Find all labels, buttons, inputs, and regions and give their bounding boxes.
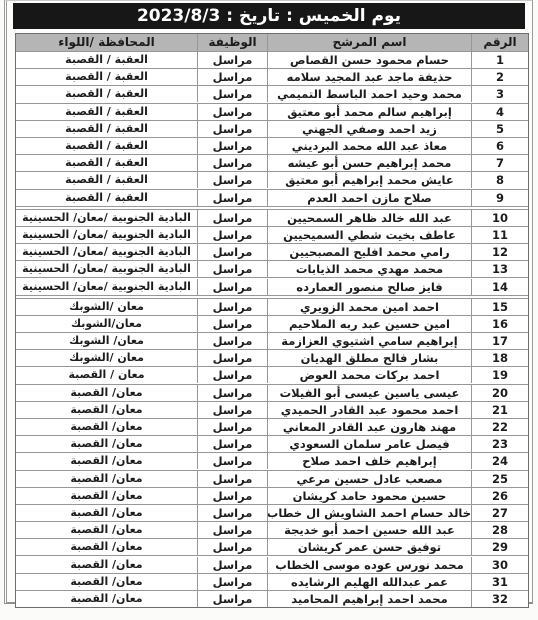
table-row: 10 عبد الله خالد ظاهر السمحيين مراسل الب… xyxy=(16,209,528,226)
table-row: 14 فايز صالح منصور العمارده مراسل البادي… xyxy=(16,277,528,295)
table-body: 1 حسام محمود حسن القصاص مراسل العقبة / ا… xyxy=(16,51,528,607)
cell-number: 22 xyxy=(471,419,528,435)
cell-candidate-name: محمد نورس عوده موسى الخطاب xyxy=(267,557,471,573)
table-row: 27 خالد حسام احمد الشاويش ال خطاب مراسل … xyxy=(16,504,528,521)
cell-job: مراسل xyxy=(197,244,267,260)
table-row: 13 محمد مهدي محمد الذيابات مراسل البادية… xyxy=(16,260,528,277)
table-row: 9 صلاح مازن احمد العدم مراسل العقبة / ال… xyxy=(16,189,528,207)
cell-number: 27 xyxy=(471,505,528,521)
table-row: 15 احمد امين محمد الزويري مراسل معان /ال… xyxy=(16,298,528,315)
table-row: 11 عاطف بخيت شطي السميحيين مراسل البادية… xyxy=(16,226,528,243)
col-header-governorate: المحافظة /اللواء xyxy=(16,34,197,51)
cell-governorate: العقبة / القصبة xyxy=(16,121,197,137)
cell-governorate: العقبة / القصبة xyxy=(16,86,197,102)
table-row: 2 حذيفة ماجد عبد المجيد سلامه مراسل العق… xyxy=(16,68,528,85)
cell-job: مراسل xyxy=(197,402,267,418)
cell-number: 2 xyxy=(471,69,528,85)
cell-candidate-name: بشار فالح مطلق الهديان xyxy=(267,350,471,366)
table-row: 21 احمد محمود عبد القادر الحميدي مراسل م… xyxy=(16,401,528,418)
table-row: 25 مصعب عادل حسين مرعي مراسل معان/ القصب… xyxy=(16,470,528,487)
cell-number: 24 xyxy=(471,453,528,469)
cell-governorate: معان /الشوبك xyxy=(16,350,197,366)
table-row: 31 عمر عبدالله الهليم الرشايده مراسل معا… xyxy=(16,573,528,590)
cell-job: مراسل xyxy=(197,86,267,102)
cell-candidate-name: إبراهيم خلف احمد صلاح xyxy=(267,453,471,469)
cell-number: 20 xyxy=(471,385,528,401)
cell-governorate: معان/ القصبة xyxy=(16,522,197,538)
cell-candidate-name: فيصل عامر سلمان السعودي xyxy=(267,436,471,452)
cell-number: 4 xyxy=(471,104,528,120)
cell-number: 14 xyxy=(471,279,528,295)
cell-governorate: معان /الشوبك xyxy=(16,299,197,315)
cell-number: 11 xyxy=(471,227,528,243)
cell-candidate-name: رامي محمد افليح المصبحيين xyxy=(267,244,471,260)
cell-job: مراسل xyxy=(197,539,267,555)
cell-number: 3 xyxy=(471,86,528,102)
cell-candidate-name: محمد احمد إبراهيم المحاميد xyxy=(267,591,471,607)
cell-candidate-name: محمد إبراهيم حسن أبو عيشه xyxy=(267,155,471,171)
cell-number: 31 xyxy=(471,574,528,590)
cell-candidate-name: زيد احمد وصفي الجهني xyxy=(267,121,471,137)
table-row: 32 محمد احمد إبراهيم المحاميد مراسل معان… xyxy=(16,590,528,607)
cell-candidate-name: عبد الله خالد ظاهر السمحيين xyxy=(267,210,471,226)
cell-number: 23 xyxy=(471,436,528,452)
col-header-number: الرقم xyxy=(471,34,528,51)
cell-governorate: البادية الجنوبية /معان/ الحسينية xyxy=(16,279,197,295)
cell-job: مراسل xyxy=(197,316,267,332)
cell-governorate: البادية الجنوبية /معان/ الحسينية xyxy=(16,227,197,243)
cell-governorate: البادية الجنوبية /معان/ الحسينية xyxy=(16,244,197,260)
cell-governorate: معان/ القصبة xyxy=(16,557,197,573)
cell-number: 1 xyxy=(471,52,528,68)
cell-job: مراسل xyxy=(197,591,267,607)
col-header-candidate: اسم المرشح xyxy=(267,34,471,51)
cell-number: 6 xyxy=(471,138,528,154)
cell-governorate: البادية الجنوبية /معان/ الحسينية xyxy=(16,210,197,226)
cell-candidate-name: مصعب عادل حسين مرعي xyxy=(267,471,471,487)
cell-governorate: معان/ القصبة xyxy=(16,574,197,590)
table-row: 30 محمد نورس عوده موسى الخطاب مراسل معان… xyxy=(16,555,528,572)
cell-job: مراسل xyxy=(197,52,267,68)
cell-candidate-name: امين حسين عبد ربه الملاحيم xyxy=(267,316,471,332)
cell-job: مراسل xyxy=(197,419,267,435)
cell-governorate: البادية الجنوبية /معان/ الحسينية xyxy=(16,261,197,277)
cell-candidate-name: عبد الله حسين احمد أبو خديجة xyxy=(267,522,471,538)
table-row: 5 زيد احمد وصفي الجهني مراسل العقبة / ال… xyxy=(16,120,528,137)
cell-job: مراسل xyxy=(197,299,267,315)
cell-governorate: معان/ القصبة xyxy=(16,419,197,435)
cell-number: 21 xyxy=(471,402,528,418)
date-title-bar: يوم الخميس : تاريخ : 2023/8/3 xyxy=(13,3,525,29)
table-row: 4 إبراهيم سالم محمد أبو معتيق مراسل العق… xyxy=(16,103,528,120)
cell-candidate-name: حسام محمود حسن القصاص xyxy=(267,52,471,68)
cell-job: مراسل xyxy=(197,333,267,349)
col-header-job: الوظيفة xyxy=(197,34,267,51)
cell-job: مراسل xyxy=(197,155,267,171)
cell-governorate: معان/ القصبة xyxy=(16,436,197,452)
cell-job: مراسل xyxy=(197,104,267,120)
table-row: 26 حسين محمود حامد كريشان مراسل معان/ ال… xyxy=(16,487,528,504)
cell-job: مراسل xyxy=(197,367,267,383)
cell-governorate: العقبة / القصبة xyxy=(16,155,197,171)
cell-candidate-name: محمد مهدي محمد الذيابات xyxy=(267,261,471,277)
cell-job: مراسل xyxy=(197,522,267,538)
document-page-frame: يوم الخميس : تاريخ : 2023/8/3 الرقم اسم … xyxy=(4,0,533,604)
cell-governorate: العقبة / القصبة xyxy=(16,104,197,120)
cell-job: مراسل xyxy=(197,121,267,137)
cell-candidate-name: صلاح مازن احمد العدم xyxy=(267,190,471,206)
cell-job: مراسل xyxy=(197,385,267,401)
table-row: 18 بشار فالح مطلق الهديان مراسل معان /ال… xyxy=(16,349,528,366)
table-row: 19 احمد بركات محمد العوض مراسل معان / ال… xyxy=(16,366,528,383)
cell-governorate: معان / القصبة xyxy=(16,367,197,383)
cell-candidate-name: إبراهيم سامي اشتيوي العزازمة xyxy=(267,333,471,349)
cell-job: مراسل xyxy=(197,190,267,206)
cell-governorate: العقبة / القصبة xyxy=(16,138,197,154)
cell-job: مراسل xyxy=(197,350,267,366)
cell-candidate-name: عايش محمد إبراهيم أبو معتيق xyxy=(267,172,471,188)
cell-number: 8 xyxy=(471,172,528,188)
cell-candidate-name: حسين محمود حامد كريشان xyxy=(267,488,471,504)
cell-number: 17 xyxy=(471,333,528,349)
table-row: 20 عيسى ياسين عيسى أبو الفيلات مراسل معا… xyxy=(16,384,528,401)
cell-number: 5 xyxy=(471,121,528,137)
cell-governorate: العقبة / القصبة xyxy=(16,52,197,68)
cell-candidate-name: معاذ عبد الله محمد البرديني xyxy=(267,138,471,154)
cell-job: مراسل xyxy=(197,69,267,85)
cell-governorate: معان/ القصبة xyxy=(16,505,197,521)
table-header-row: الرقم اسم المرشح الوظيفة المحافظة /اللوا… xyxy=(16,34,528,51)
cell-governorate: معان/الشوبك xyxy=(16,316,197,332)
table-row: 1 حسام محمود حسن القصاص مراسل العقبة / ا… xyxy=(16,51,528,68)
table-row: 7 محمد إبراهيم حسن أبو عيشه مراسل العقبة… xyxy=(16,154,528,171)
cell-job: مراسل xyxy=(197,210,267,226)
cell-candidate-name: احمد محمود عبد القادر الحميدي xyxy=(267,402,471,418)
cell-candidate-name: خالد حسام احمد الشاويش ال خطاب xyxy=(267,505,471,521)
cell-number: 29 xyxy=(471,539,528,555)
table-row: 3 محمد وحيد احمد الباسط التميمي مراسل ال… xyxy=(16,85,528,102)
table-row: 29 توفيق حسن عمر كريشان مراسل معان/ القص… xyxy=(16,538,528,555)
cell-number: 16 xyxy=(471,316,528,332)
cell-job: مراسل xyxy=(197,505,267,521)
table-row: 24 إبراهيم خلف احمد صلاح مراسل معان/ الق… xyxy=(16,452,528,469)
cell-governorate: معان/ القصبة xyxy=(16,453,197,469)
cell-candidate-name: حذيفة ماجد عبد المجيد سلامه xyxy=(267,69,471,85)
cell-candidate-name: احمد امين محمد الزويري xyxy=(267,299,471,315)
table-row: 23 فيصل عامر سلمان السعودي مراسل معان/ ا… xyxy=(16,435,528,452)
cell-number: 28 xyxy=(471,522,528,538)
cell-number: 18 xyxy=(471,350,528,366)
cell-job: مراسل xyxy=(197,436,267,452)
cell-number: 13 xyxy=(471,261,528,277)
cell-job: مراسل xyxy=(197,227,267,243)
cell-number: 7 xyxy=(471,155,528,171)
cell-governorate: العقبة / القصبة xyxy=(16,172,197,188)
cell-candidate-name: فايز صالح منصور العمارده xyxy=(267,279,471,295)
cell-governorate: العقبة / القصبة xyxy=(16,190,197,206)
cell-number: 26 xyxy=(471,488,528,504)
cell-job: مراسل xyxy=(197,261,267,277)
cell-job: مراسل xyxy=(197,279,267,295)
cell-number: 25 xyxy=(471,471,528,487)
cell-candidate-name: عمر عبدالله الهليم الرشايده xyxy=(267,574,471,590)
cell-job: مراسل xyxy=(197,471,267,487)
cell-job: مراسل xyxy=(197,488,267,504)
cell-governorate: معان/ القصبة xyxy=(16,488,197,504)
cell-job: مراسل xyxy=(197,574,267,590)
cell-job: مراسل xyxy=(197,138,267,154)
cell-candidate-name: إبراهيم سالم محمد أبو معتيق xyxy=(267,104,471,120)
cell-candidate-name: مهند هارون عبد القادر المعاني xyxy=(267,419,471,435)
table-row: 16 امين حسين عبد ربه الملاحيم مراسل معان… xyxy=(16,315,528,332)
table-row: 12 رامي محمد افليح المصبحيين مراسل الباد… xyxy=(16,243,528,260)
cell-governorate: معان/ القصبة xyxy=(16,402,197,418)
cell-candidate-name: احمد بركات محمد العوض xyxy=(267,367,471,383)
cell-governorate: معان/ القصبة xyxy=(16,385,197,401)
cell-governorate: معان/ الشوبك xyxy=(16,333,197,349)
cell-candidate-name: محمد وحيد احمد الباسط التميمي xyxy=(267,86,471,102)
cell-governorate: معان/ القصبة xyxy=(16,471,197,487)
cell-number: 15 xyxy=(471,299,528,315)
cell-candidate-name: عيسى ياسين عيسى أبو الفيلات xyxy=(267,385,471,401)
cell-job: مراسل xyxy=(197,557,267,573)
table-row: 6 معاذ عبد الله محمد البرديني مراسل العق… xyxy=(16,137,528,154)
cell-number: 9 xyxy=(471,190,528,206)
cell-number: 10 xyxy=(471,210,528,226)
cell-job: مراسل xyxy=(197,172,267,188)
cell-number: 32 xyxy=(471,591,528,607)
table-row: 8 عايش محمد إبراهيم أبو معتيق مراسل العق… xyxy=(16,171,528,188)
cell-governorate: معان/ القصبة xyxy=(16,539,197,555)
cell-number: 19 xyxy=(471,367,528,383)
cell-candidate-name: توفيق حسن عمر كريشان xyxy=(267,539,471,555)
table-row: 17 إبراهيم سامي اشتيوي العزازمة مراسل مع… xyxy=(16,332,528,349)
cell-number: 12 xyxy=(471,244,528,260)
cell-number: 30 xyxy=(471,557,528,573)
table-row: 28 عبد الله حسين احمد أبو خديجة مراسل مع… xyxy=(16,521,528,538)
cell-governorate: معان/ القصبة xyxy=(16,591,197,607)
candidates-table: الرقم اسم المرشح الوظيفة المحافظة /اللوا… xyxy=(15,33,529,608)
table-row: 22 مهند هارون عبد القادر المعاني مراسل م… xyxy=(16,418,528,435)
cell-governorate: العقبة / القصبة xyxy=(16,69,197,85)
cell-candidate-name: عاطف بخيت شطي السميحيين xyxy=(267,227,471,243)
cell-job: مراسل xyxy=(197,453,267,469)
